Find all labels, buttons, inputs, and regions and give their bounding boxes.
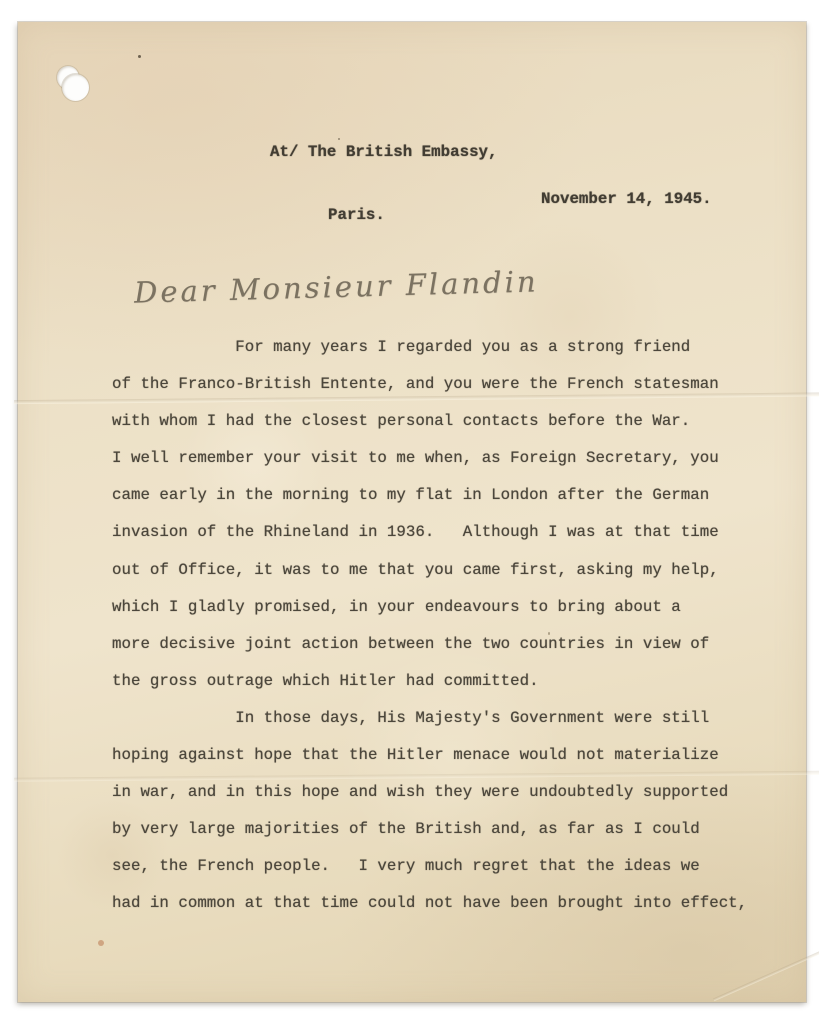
letter-line: For many years I regarded you as a stron… <box>112 329 747 366</box>
salutation-handwritten: Dear Monsieur Flandin <box>134 264 539 309</box>
letter-line: I well remember your visit to me when, a… <box>112 440 747 477</box>
letter-line: which I gladly promised, in your endeavo… <box>112 589 747 626</box>
letter-line: came early in the morning to my flat in … <box>112 477 747 514</box>
letter-page: At/ The British Embassy, Paris. November… <box>18 22 806 1002</box>
letterhead-address: At/ The British Embassy, <box>270 142 498 163</box>
letter-line: see, the French people. I very much regr… <box>112 848 747 885</box>
paper-speck <box>138 55 141 58</box>
letterhead-city: Paris. <box>270 205 498 226</box>
letter-line: by very large majorities of the British … <box>112 811 747 848</box>
letter-line: more decisive joint action between the t… <box>112 626 747 663</box>
letter-line: of the Franco-British Entente, and you w… <box>112 366 747 403</box>
paper-stain <box>98 940 104 946</box>
letter-line: in war, and in this hope and wish they w… <box>112 774 747 811</box>
letter-line: the gross outrage which Hitler had commi… <box>112 663 747 700</box>
corner-crease <box>713 946 819 1002</box>
letter-line: with whom I had the closest personal con… <box>112 403 747 440</box>
letter-line: hoping against hope that the Hitler mena… <box>112 737 747 774</box>
letter-body: For many years I regarded you as a stron… <box>112 329 747 923</box>
punch-hole <box>62 74 89 101</box>
scan-background: At/ The British Embassy, Paris. November… <box>0 0 819 1024</box>
letter-line: had in common at that time could not hav… <box>112 885 747 922</box>
letter-date: November 14, 1945. <box>541 190 712 208</box>
letterhead: At/ The British Embassy, Paris. <box>270 100 498 268</box>
letter-line: out of Office, it was to me that you cam… <box>112 552 747 589</box>
letter-line: In those days, His Majesty's Government … <box>112 700 747 737</box>
letter-line: invasion of the Rhineland in 1936. Altho… <box>112 514 747 551</box>
